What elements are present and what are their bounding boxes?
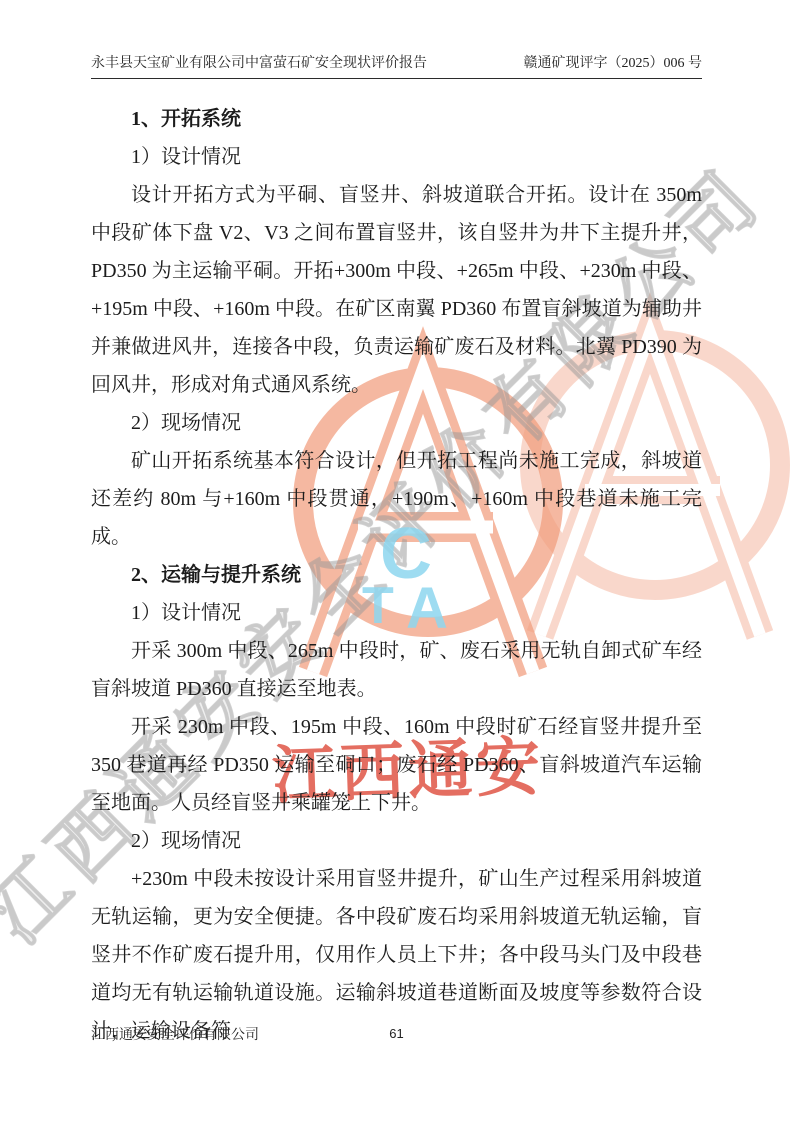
page-number: 61 bbox=[91, 1026, 702, 1041]
document-body: 1、开拓系统 1）设计情况 设计开拓方式为平硐、盲竖井、斜坡道联合开拓。设计在 … bbox=[91, 100, 702, 1050]
paragraph-design-1: 设计开拓方式为平硐、盲竖井、斜坡道联合开拓。设计在 350m 中段矿体下盘 V2… bbox=[91, 176, 702, 404]
subheading-site-2: 2）现场情况 bbox=[91, 822, 702, 860]
subheading-site-1: 2）现场情况 bbox=[91, 404, 702, 442]
document-page: 江西通安安全评价有限公司 C T A 江西通安 永丰县天宝矿业有限公司中富萤石矿… bbox=[0, 0, 793, 1122]
paragraph-design-2b: 开采 230m 中段、195m 中段、160m 中段时矿石经盲竖井提升至 350… bbox=[91, 708, 702, 822]
paragraph-design-2a: 开采 300m 中段、265m 中段时，矿、废石采用无轨自卸式矿车经盲斜坡道 P… bbox=[91, 632, 702, 708]
section-heading-2: 2、运输与提升系统 bbox=[91, 556, 702, 594]
paragraph-site-1: 矿山开拓系统基本符合设计，但开拓工程尚未施工完成，斜坡道还差约 80m 与+16… bbox=[91, 442, 702, 556]
paragraph-site-2: +230m 中段未按设计采用盲竖井提升，矿山生产过程采用斜坡道无轨运输，更为安全… bbox=[91, 860, 702, 1050]
page-header: 永丰县天宝矿业有限公司中富萤石矿安全现状评价报告 赣通矿现评字（2025）006… bbox=[91, 52, 702, 72]
section-heading-1: 1、开拓系统 bbox=[91, 100, 702, 138]
header-doc-number: 赣通矿现评字（2025）006 号 bbox=[524, 52, 703, 72]
subheading-design-1: 1）设计情况 bbox=[91, 138, 702, 176]
subheading-design-2: 1）设计情况 bbox=[91, 594, 702, 632]
header-report-title: 永丰县天宝矿业有限公司中富萤石矿安全现状评价报告 bbox=[91, 52, 427, 72]
header-rule bbox=[91, 78, 702, 79]
